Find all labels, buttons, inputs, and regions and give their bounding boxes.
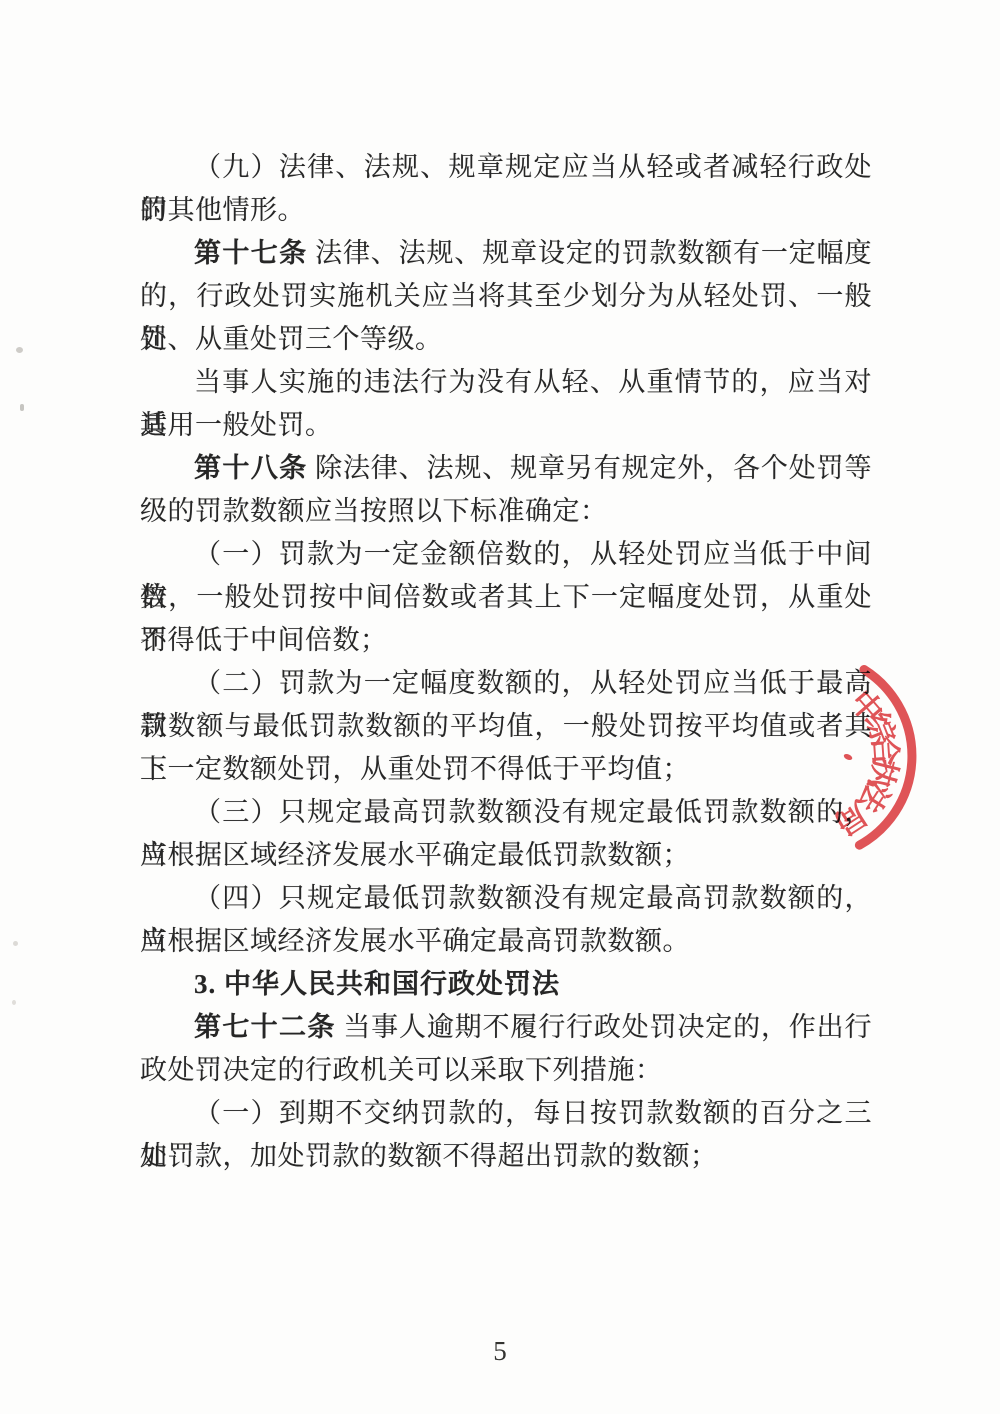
text-segment: 处罚款，加处罚款的数额不得超出罚款的数额； [140, 1141, 718, 1171]
text-segment: 适用一般处罚。 [140, 410, 333, 440]
text-line: 款数额与最低罚款数额的平均值，一般处罚按平均值或者其上 [140, 705, 872, 748]
text-line: （四）只规定最低罚款数额没有规定最高罚款数额的，应 [140, 877, 872, 920]
page-number: 5 [0, 1336, 1000, 1367]
document-page: （九）法律、法规、规章规定应当从轻或者减轻行政处罚的其他情形。第十七条 法律、法… [0, 0, 1000, 1414]
text-line: 级的罚款数额应当按照以下标准确定： [140, 490, 872, 533]
scan-speck [16, 347, 23, 353]
text-line: 下一定数额处罚，从重处罚不得低于平均值； [140, 748, 872, 791]
text-segment: 政处罚决定的行政机关可以采取下列措施： [140, 1055, 663, 1085]
text-segment: 法律、法规、规章设定的罚款数额有一定幅度 [307, 238, 872, 268]
text-line: 处罚款，加处罚款的数额不得超出罚款的数额； [140, 1135, 872, 1178]
text-line: 的其他情形。 [140, 189, 872, 232]
bold-text-segment: 第十八条 [194, 453, 307, 483]
scan-speck [20, 404, 24, 411]
text-line: 第七十二条 当事人逾期不履行行政处罚决定的，作出行 [140, 1006, 872, 1049]
text-line: 3. 中华人民共和国行政处罚法 [140, 963, 872, 1006]
text-line: 第十八条 除法律、法规、规章另有规定外，各个处罚等 [140, 447, 872, 490]
text-line: （一）到期不交纳罚款的，每日按罚款数额的百分之三加 [140, 1092, 872, 1135]
text-line: （一）罚款为一定金额倍数的，从轻处罚应当低于中间倍 [140, 533, 872, 576]
text-line: 不得低于中间倍数； [140, 619, 872, 662]
scan-speck [12, 1000, 16, 1005]
text-line: （二）罚款为一定幅度数额的，从轻处罚应当低于最高罚 [140, 662, 872, 705]
text-line: （三）只规定最高罚款数额没有规定最低罚款数额的，应 [140, 791, 872, 834]
text-segment: 下一定数额处罚，从重处罚不得低于平均值； [140, 754, 690, 784]
text-line: 当事人实施的违法行为没有从轻、从重情节的，应当对其 [140, 361, 872, 404]
text-line: 适用一般处罚。 [140, 404, 872, 447]
text-segment: 当根据区域经济发展水平确定最低罚款数额； [140, 840, 690, 870]
text-line: （九）法律、法规、规章规定应当从轻或者减轻行政处罚 [140, 146, 872, 189]
document-body: （九）法律、法规、规章规定应当从轻或者减轻行政处罚的其他情形。第十七条 法律、法… [140, 146, 872, 1178]
text-line: 当根据区域经济发展水平确定最高罚款数额。 [140, 920, 872, 963]
text-line: 数，一般处罚按中间倍数或者其上下一定幅度处罚，从重处罚 [140, 576, 872, 619]
scan-speck [13, 941, 18, 946]
text-line: 的，行政处罚实施机关应当将其至少划分为从轻处罚、一般处 [140, 275, 872, 318]
text-segment: 当根据区域经济发展水平确定最高罚款数额。 [140, 926, 690, 956]
text-line: 罚、从重处罚三个等级。 [140, 318, 872, 361]
bold-text-segment: 第七十二条 [194, 1012, 336, 1042]
text-segment: 当事人逾期不履行行政处罚决定的，作出行 [336, 1012, 872, 1042]
text-line: 当根据区域经济发展水平确定最低罚款数额； [140, 834, 872, 877]
bold-text-segment: 3. 中华人民共和国行政处罚法 [194, 969, 560, 999]
text-segment: 不得低于中间倍数； [140, 625, 388, 655]
text-segment: 级的罚款数额应当按照以下标准确定： [140, 496, 608, 526]
text-segment: 的其他情形。 [140, 195, 305, 225]
text-line: 政处罚决定的行政机关可以采取下列措施： [140, 1049, 872, 1092]
text-line: 第十七条 法律、法规、规章设定的罚款数额有一定幅度 [140, 232, 872, 275]
bold-text-segment: 第十七条 [194, 238, 307, 268]
text-segment: 罚、从重处罚三个等级。 [140, 324, 443, 354]
text-segment: 除法律、法规、规章另有规定外，各个处罚等 [307, 453, 872, 483]
